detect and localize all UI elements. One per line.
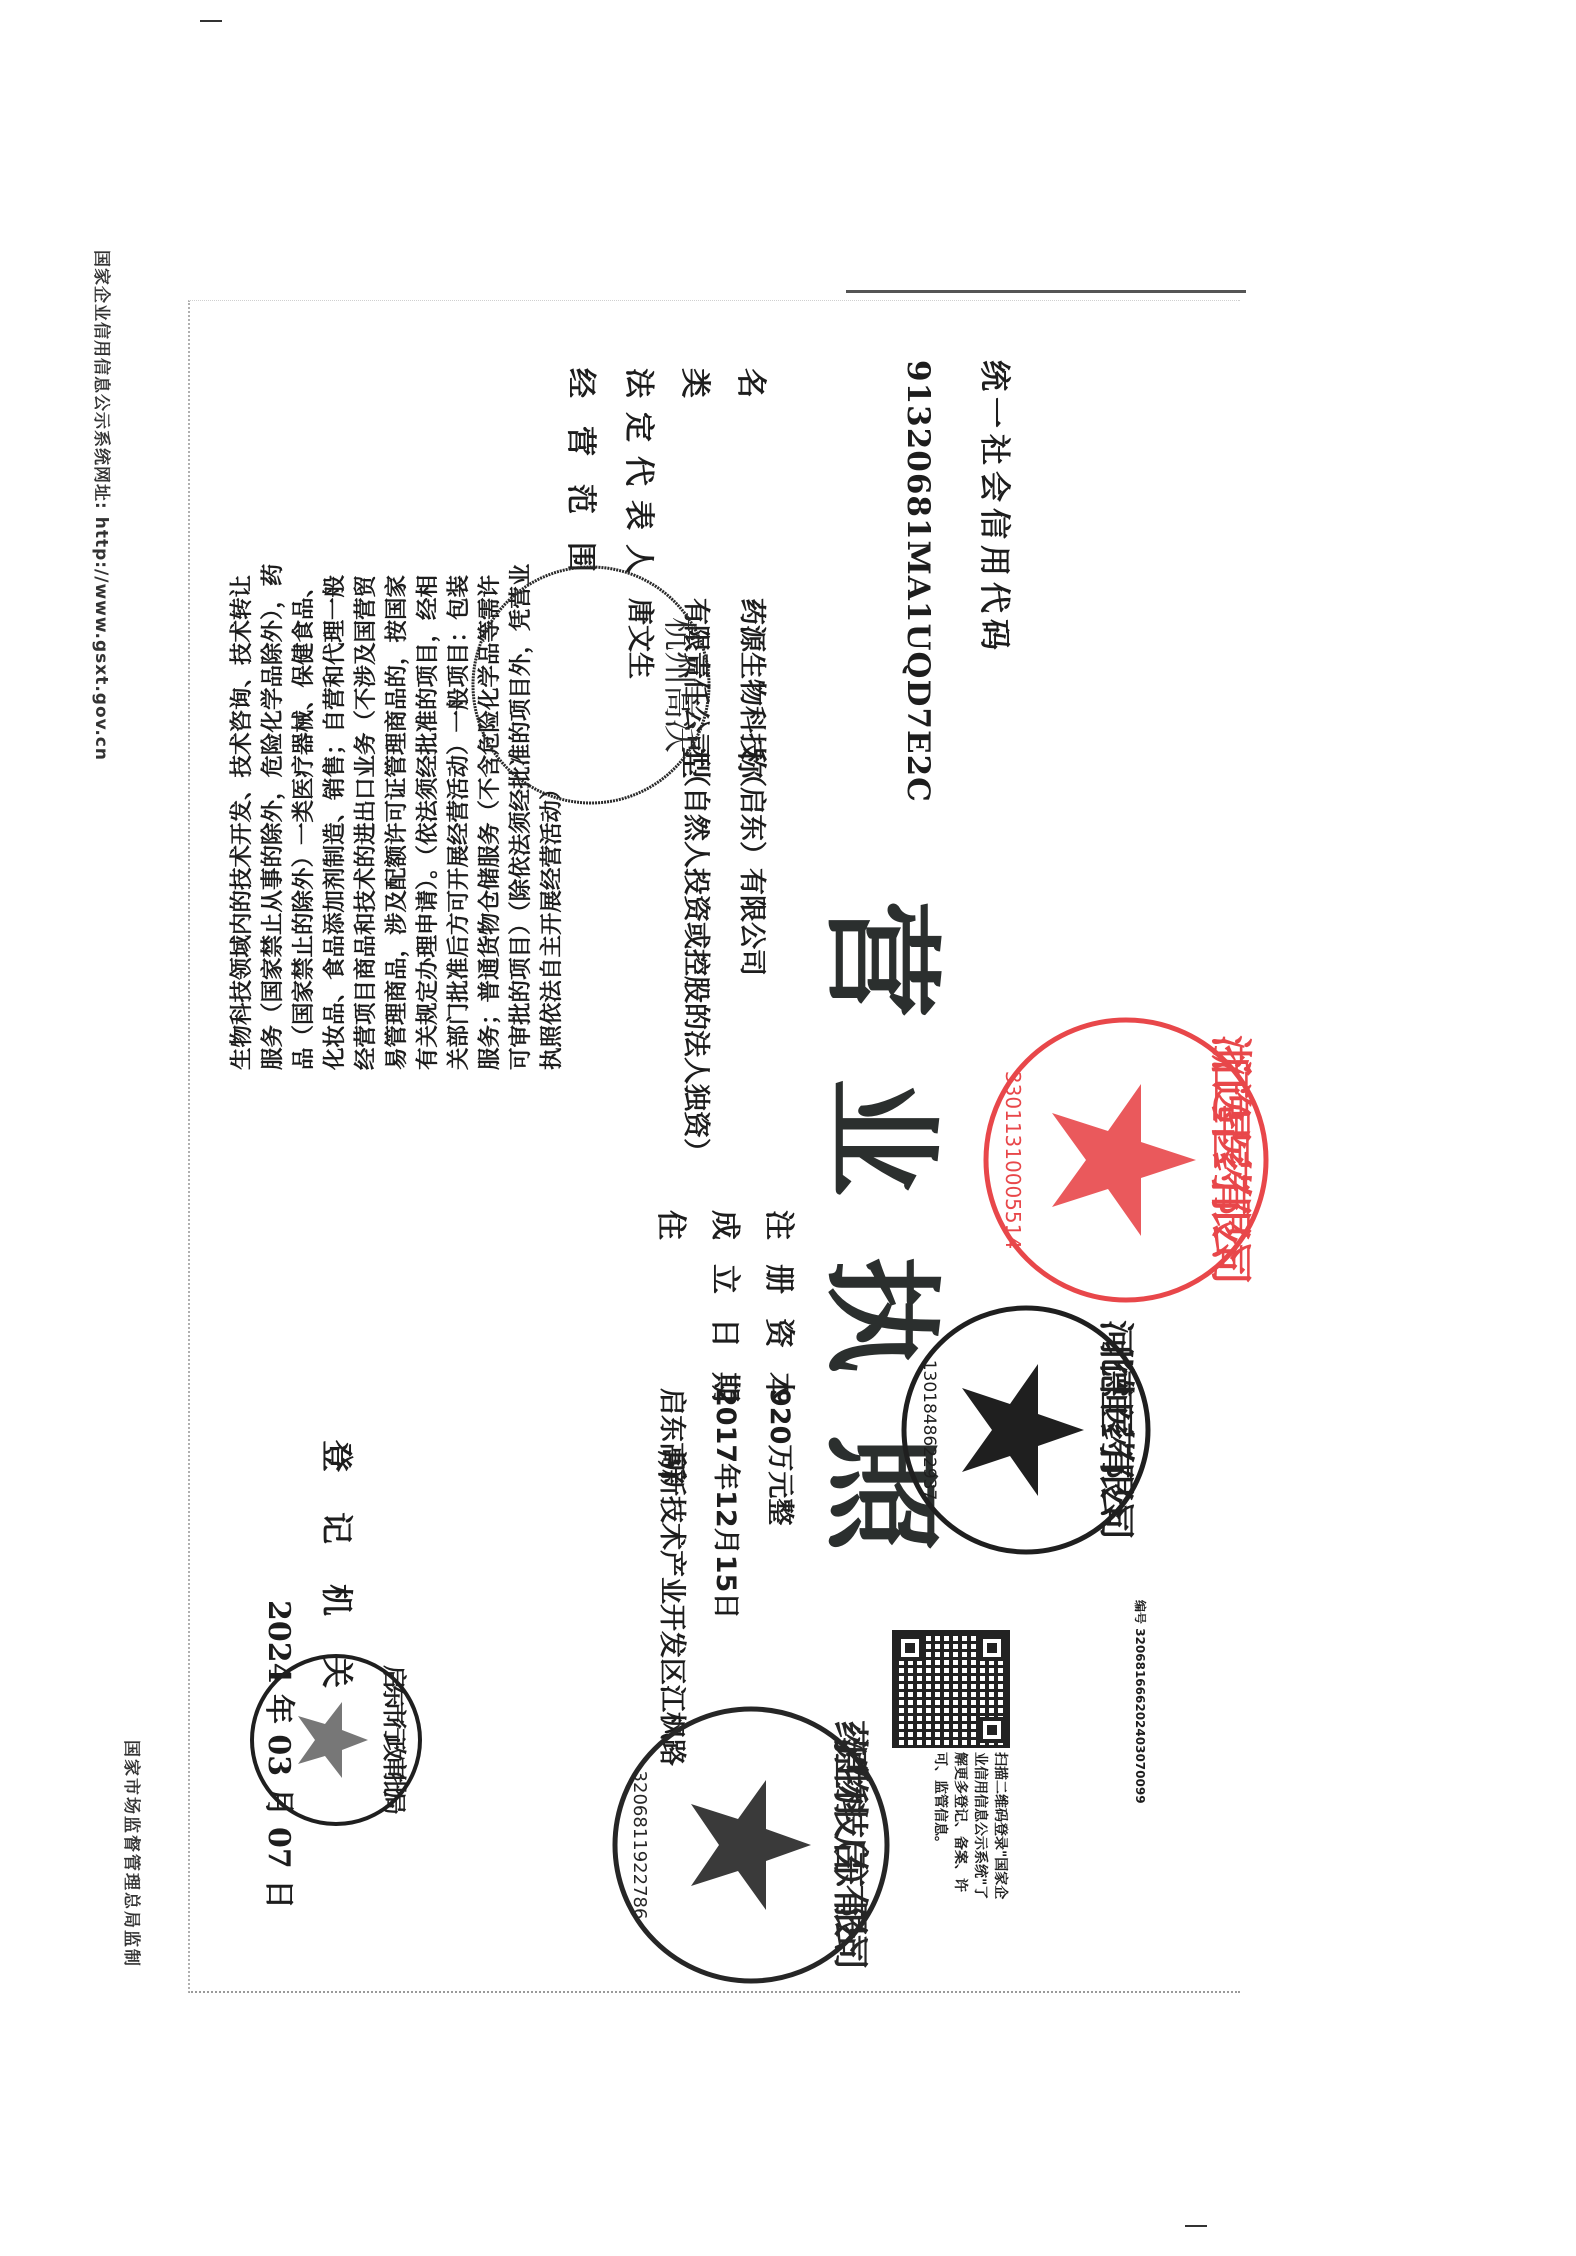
qr-code[interactable]	[892, 1630, 1010, 1748]
credit-code-label: 统一社会信用代码	[975, 360, 1020, 656]
qr-finder	[979, 1717, 1005, 1743]
credit-code: 91320681MA1UQD7E2C	[900, 360, 936, 803]
website-note: 国家企业信用信息公示系统网址: http://www.gsxt.gov.cn	[91, 250, 116, 761]
svg-text:河北德恒医药有限公司: 河北德恒医药有限公司	[1095, 1320, 1136, 1540]
svg-text:药源生物科技（启东）有限公司: 药源生物科技（启东）有限公司	[829, 1720, 870, 1970]
registered-capital: 920万元整	[763, 1388, 802, 1525]
frame-edge	[846, 290, 1246, 293]
seal-hebei-deheng: 河北德恒医药有限公司 1301848622937	[896, 1300, 1156, 1560]
company-name: 药源生物科技（启东）有限公司	[735, 598, 774, 976]
scan-artifact	[1185, 2225, 1207, 2227]
seal-yaoyuan: 药源生物科技（启东）有限公司 3206811922786	[606, 1700, 896, 1990]
qr-caption: 扫描二维码登录"国家企业信用信息公示系统"了解更多登记、备案、许可、监管信息。	[930, 1752, 1010, 1902]
qr-finder	[979, 1635, 1005, 1661]
seal-partial-overlay: 杭州高沃	[466, 560, 716, 810]
svg-text:1301848622937: 1301848622937	[919, 1360, 939, 1501]
supervisor-note: 国家市场监督管理总局监制	[121, 1740, 146, 1968]
scan-artifact	[200, 20, 222, 22]
serial-number: 编号 320681666202403070099	[1130, 1600, 1150, 1804]
established-date: 2017年12月15日	[709, 1388, 748, 1619]
seal-zhejiang-yisheng: 浙江逸昇医药有限公司 33011310005514	[976, 1010, 1276, 1310]
license-sheet: 国家企业信用信息公示系统网址: http://www.gsxt.gov.cn 国…	[0, 0, 1576, 2256]
legal-rep-label: 法定代表人	[620, 368, 664, 588]
svg-text:启东市行政审批局: 启东市行政审批局	[380, 1665, 408, 1815]
svg-text:33011310005514: 33011310005514	[1001, 1071, 1025, 1249]
serial-value: 320681666202403070099	[1133, 1628, 1147, 1803]
svg-text:3206811922786: 3206811922786	[629, 1771, 650, 1920]
qr-finder	[897, 1635, 923, 1661]
svg-text:杭州高沃: 杭州高沃	[659, 617, 699, 753]
seal-qidong-approval-bureau: 启东市行政审批局	[246, 1650, 426, 1830]
svg-text:浙江逸昇医药有限公司: 浙江逸昇医药有限公司	[1206, 1035, 1255, 1285]
serial-label: 编号	[1133, 1600, 1147, 1624]
